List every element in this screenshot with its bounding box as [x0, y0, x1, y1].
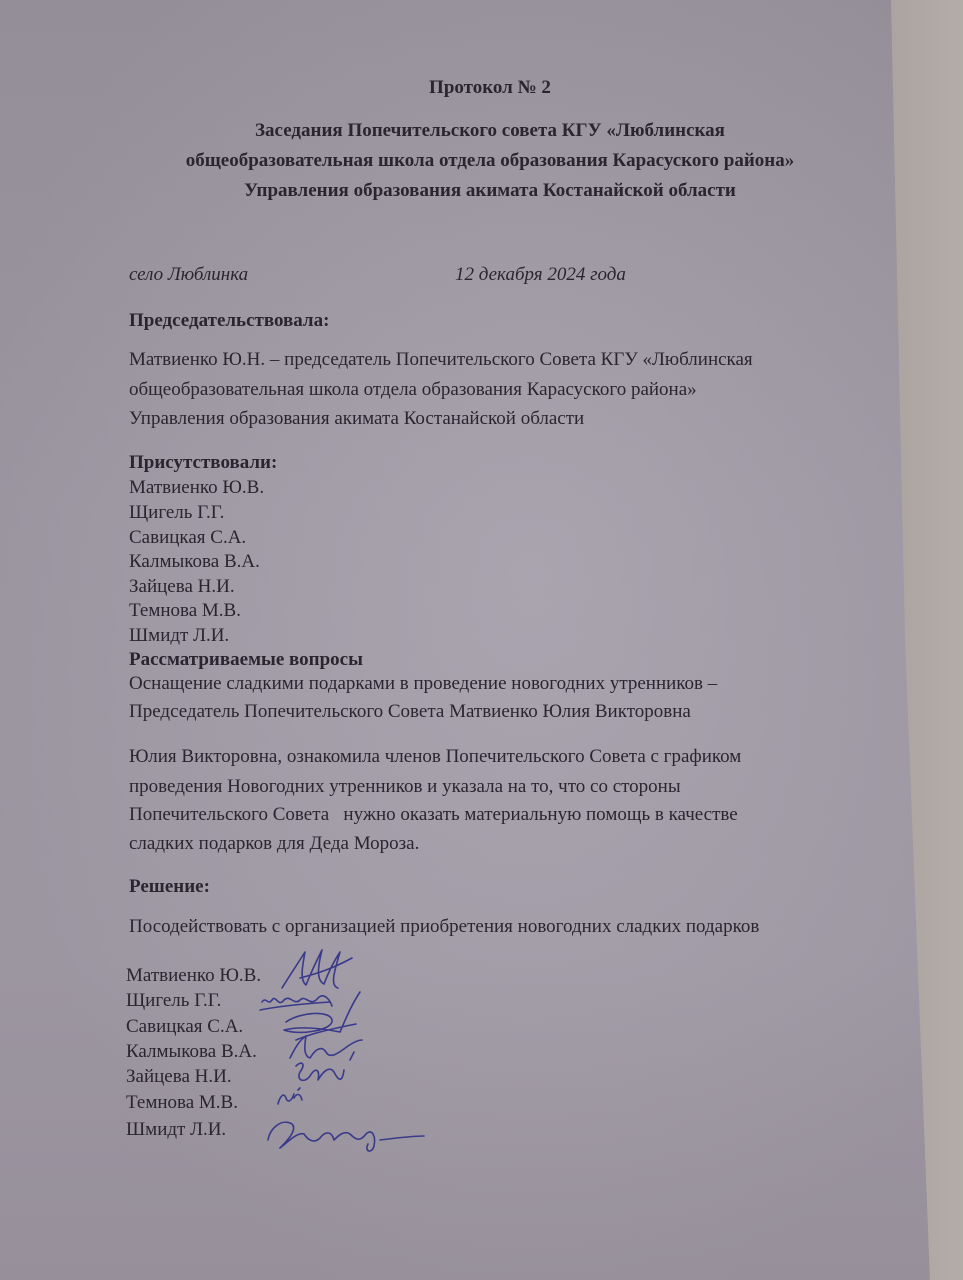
signature-shmidt [268, 1122, 424, 1151]
signature-matvienko [282, 950, 352, 988]
signature-zaytseva [296, 1052, 354, 1080]
handwritten-signatures [0, 0, 963, 1280]
signature-shchigel [260, 996, 332, 1010]
signature-temnova [278, 1088, 302, 1104]
signature-savitskaya [284, 992, 360, 1040]
signature-kalmykova [290, 1036, 362, 1058]
